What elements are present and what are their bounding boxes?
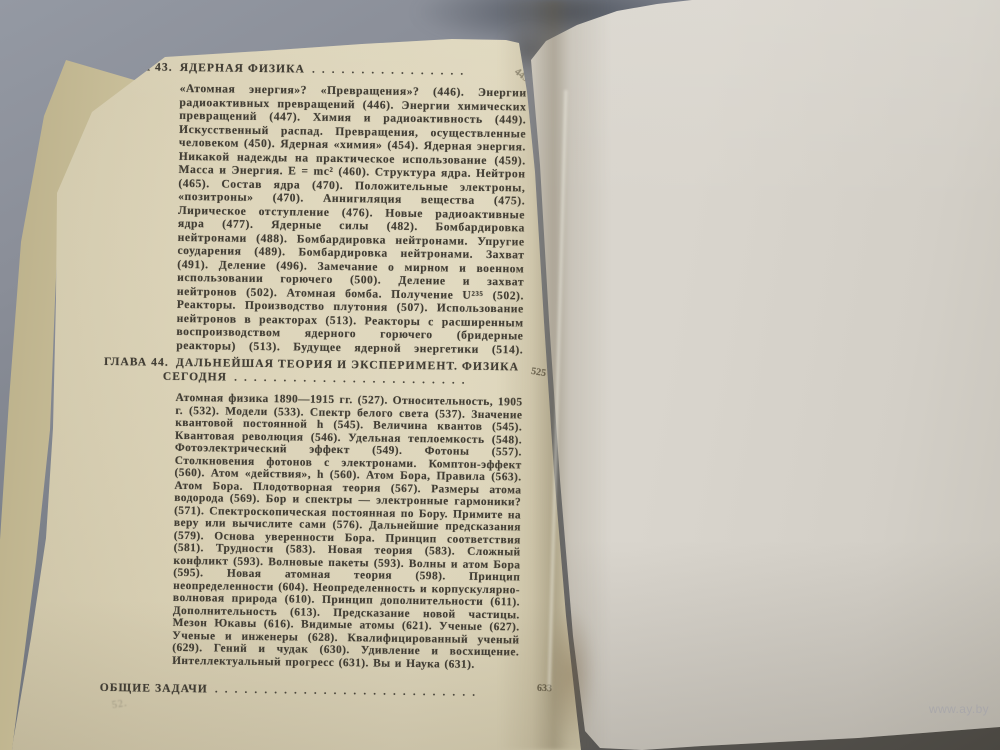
chapter-44-number: ГЛАВА 44. xyxy=(104,356,169,369)
leader-dots: . . . . . . . . . . . . . . . . xyxy=(312,64,466,78)
general-problems-heading: ОБЩИЕ ЗАДАЧИ . . . . . . . . . . . . . .… xyxy=(100,682,540,700)
gutter-smudge xyxy=(546,606,596,742)
chapter-43-summary: «Атомная энергия»? «Превращения»? (446).… xyxy=(176,82,527,359)
chapter-43-title: ЯДЕРНАЯ ФИЗИКА xyxy=(180,62,305,76)
chapter-44-title-line2: СЕГОДНЯ xyxy=(163,371,227,384)
photo-watermark: www.ay.by xyxy=(929,702,989,716)
general-problems-label: ОБЩИЕ ЗАДАЧИ xyxy=(100,682,208,695)
leader-dots: . . . . . . . . . . . . . . . . . . . . … xyxy=(234,372,467,387)
leader-dots: . . . . . . . . . . . . . . . . . . . . … xyxy=(215,683,477,698)
chapter-44-heading: ГЛАВА 44. ДАЛЬНЕЙШАЯ ТЕОРИЯ И ЭКСПЕРИМЕН… xyxy=(104,356,544,388)
photo-of-open-book: ГЛАВА 43. ЯДЕРНАЯ ФИЗИКА . . . . . . . .… xyxy=(0,0,1000,750)
chapter-43-heading: ГЛАВА 43. ЯДЕРНАЯ ФИЗИКА . . . . . . . .… xyxy=(108,61,538,79)
chapter-44-summary: Атомная физика 1890—1915 гг. (527). Отно… xyxy=(172,392,523,672)
